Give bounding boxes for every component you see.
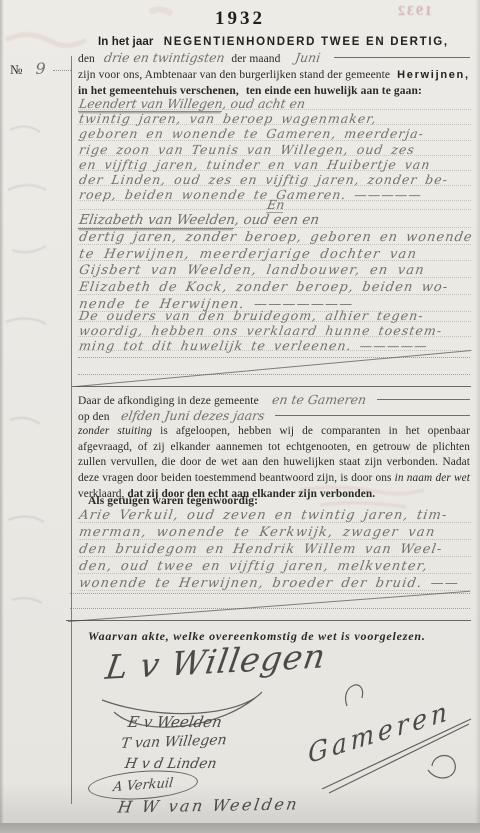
signature-flourishes [0, 0, 480, 833]
marriage-certificate-page: 1932 1932 № 9 In het jaar NEGENTIENHONDE… [0, 0, 480, 833]
